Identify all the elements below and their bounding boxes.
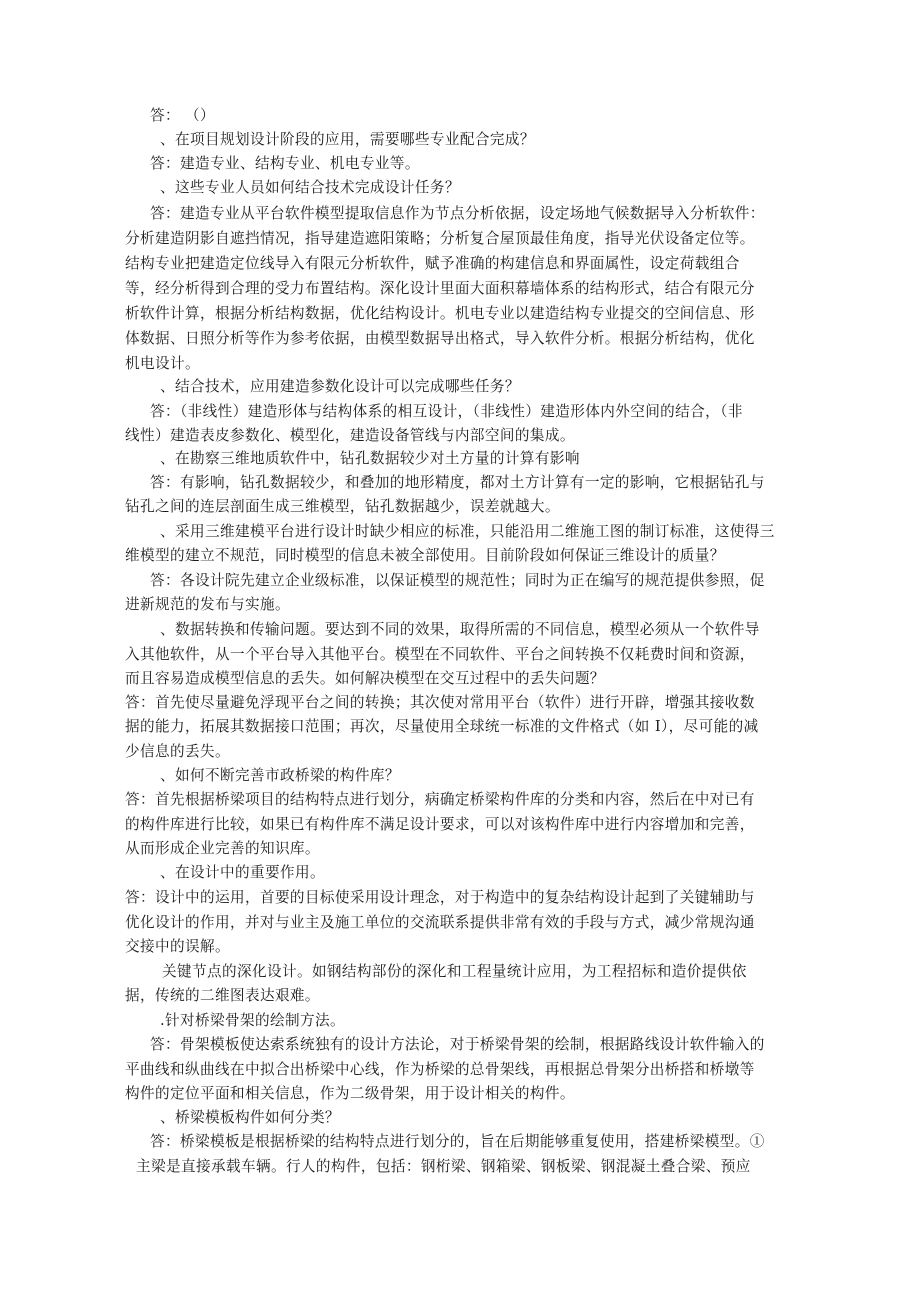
text-line: 答：首先根据桥梁项目的结构特点进行划分，病确定桥梁构件库的分类和内容，然后在中对…: [125, 790, 755, 810]
text-line: 、如何不断完善市政桥梁的构件库？: [160, 766, 400, 786]
text-line: 答：骨架模板使达索系统独有的设计方法论，对于桥梁骨架的绘制，根据路线设计软件输入…: [150, 1035, 765, 1055]
text-line: .针对桥梁骨架的绘制方法。: [160, 1011, 345, 1031]
text-line: 、在项目规划设计阶段的应用，需要哪些专业配合完成？: [160, 130, 535, 150]
text-line: 从而形成企业完善的知识库。: [125, 839, 320, 859]
text-line: 分析建造阴影自遮挡情况，指导建造遮阳策略；分析复合屋顶最佳角度，指导光伏设备定位…: [125, 229, 755, 249]
text-line: 体数据、日照分析等作为参考依据，由模型数据导出格式，导入软件分析。根据分析结构，…: [125, 329, 755, 349]
text-line: 进新规范的发布与实施。: [125, 595, 290, 615]
text-line: 据，传统的二维图表达艰难。: [125, 986, 320, 1006]
text-line: 钻孔之间的连层剖面生成三维模型，钻孔数据越少，误差就越大。: [125, 497, 560, 517]
text-line: 机电设计。: [125, 354, 200, 374]
text-line: 入其他软件，从一个平台导入其他平台。模型在不同软件、平台之间转换不仅耗费时间和资…: [125, 645, 755, 665]
text-line: 而且容易造成模型信息的丢失。如何解决模型在交互过程中的丢失问题？: [125, 669, 605, 689]
text-line: 交接中的误解。: [125, 937, 230, 957]
text-line: 、桥梁模板构件如何分类？: [160, 1108, 340, 1128]
text-line: 关键节点的深化设计。如钢结构部份的深化和工程量统计应用，为工程招标和造价提供依: [162, 962, 747, 982]
text-line: 答：设计中的运用，首要的目标使采用设计理念，对于构造中的复杂结构设计起到了关键辅…: [125, 888, 755, 908]
text-line: 答：有影响，钻孔数据较少，和叠加的地形精度，都对土方计算有一定的影响，它根据钻孔…: [150, 473, 765, 493]
text-line: 平曲线和纵曲线在中拟合出桥梁中心线，作为桥梁的总骨架线，再根据总骨架分出桥搭和桥…: [125, 1060, 755, 1080]
text-line: 等，经分析得到合理的受力布置结构。深化设计里面大面积幕墙体系的结构形式，结合有限…: [125, 279, 755, 299]
text-line: 、结合技术，应用建造参数化设计可以完成哪些任务？: [160, 377, 520, 397]
text-line: 答： （）: [150, 106, 215, 126]
text-line: 答：建造专业从平台软件模型提取信息作为节点分析依据，设定场地气候数据导入分析软件…: [150, 204, 765, 224]
text-line: 、数据转换和传输问题。要达到不同的效果，取得所需的不同信息，模型必须从一个软件导: [160, 620, 760, 640]
text-line: 维模型的建立不规范，同时模型的信息未被全部使用。目前阶段如何保证三维设计的质量？: [125, 546, 725, 566]
text-line: 、这些专业人员如何结合技术完成设计任务？: [160, 178, 460, 198]
text-line: 答：（非线性）建造形体与结构体系的相互设计，（非线性）建造形体内外空间的结合，（…: [150, 402, 743, 422]
text-line: 优化设计的作用，并对与业主及施工单位的交流联系提供非常有效的手段与方式，减少常规…: [125, 913, 755, 933]
text-line: 、在勘察三维地质软件中，钻孔数据较少对土方量的计算有影响: [160, 449, 580, 469]
text-line: 线性）建造表皮参数化、模型化，建造设备管线与内部空间的集成。: [125, 426, 575, 446]
text-line: 结构专业把建造定位线导入有限元分析软件，赋予准确的构建信息和界面属性，设定荷载组…: [125, 254, 740, 274]
document-page: 答： （）、在项目规划设计阶段的应用，需要哪些专业配合完成？答：建造专业、结构专…: [0, 0, 920, 1301]
text-line: 答：桥梁模板是根据桥梁的结构特点进行划分的，旨在后期能够重复使用，搭建桥梁模型。…: [150, 1132, 765, 1152]
text-line: 少信息的丢失。: [125, 742, 230, 762]
text-line: 答：首先使尽量避免浮现平台之间的转换；其次使对常用平台（软件）进行开辟，增强其接…: [125, 693, 755, 713]
text-line: 、采用三维建模平台进行设计时缺少相应的标准，只能沿用二维施工图的制订标准，这使得…: [160, 522, 775, 542]
text-line: 构件的定位平面和相关信息，作为二级骨架，用于设计相关的构件。: [125, 1084, 575, 1104]
text-line: 、在设计中的重要作用。: [160, 863, 325, 883]
text-line: 的构件库进行比较，如果已有构件库不满足设计要求，可以对该构件库中进行内容增加和完…: [125, 815, 755, 835]
text-line: 答：各设计院先建立企业级标准，以保证模型的规范性；同时为正在编写的规范提供参照，…: [150, 571, 765, 591]
text-line: 析软件计算，根据分析结构数据，优化结构设计。机电专业以建造结构专业提交的空间信息…: [125, 304, 755, 324]
text-line: 答：建造专业、结构专业、机电专业等。: [150, 154, 420, 174]
text-line: 据的能力，拓展其数据接口范围；再次，尽量使用全球统一标准的文件格式（如 I），尽…: [125, 717, 759, 737]
text-line: 主梁是直接承载车辆。行人的构件，包括：钢桁梁、钢箱梁、钢板梁、钢混凝土叠合梁、预…: [136, 1157, 751, 1177]
